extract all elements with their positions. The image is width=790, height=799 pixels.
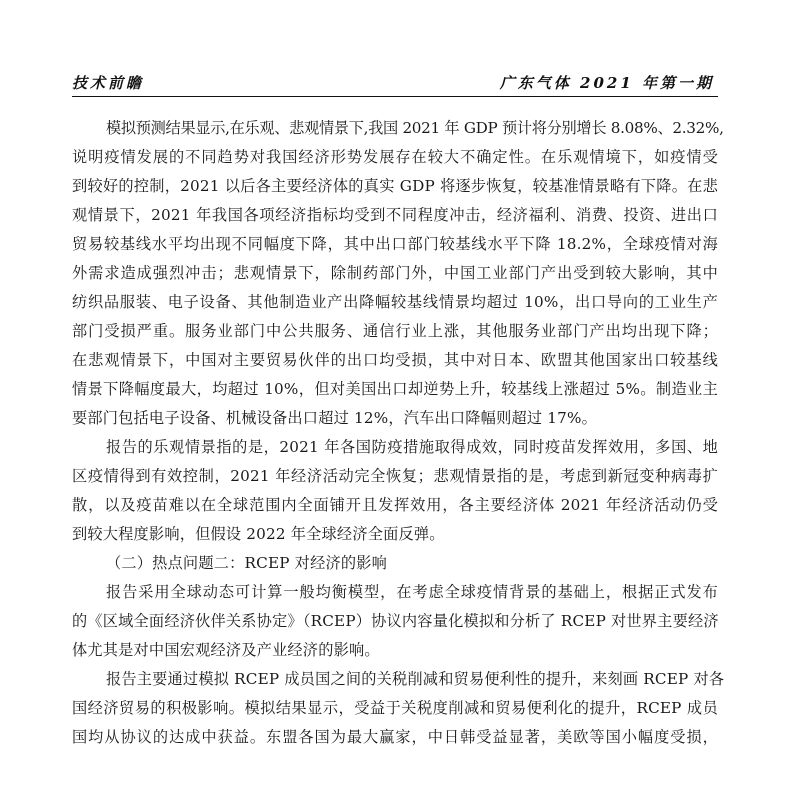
document-page: 技术前瞻 广东气体 2021 年第一期 模拟预测结果显示,在乐观、悲观情景下,我…: [0, 0, 790, 799]
text-line: 要部门包括电子设备、机械设备出口超过 12%，汽车出口降幅则超过 17%。: [72, 404, 718, 433]
paragraph-simulation-results: 模拟预测结果显示,在乐观、悲观情景下,我国 2021 年 GDP 预计将分别增长…: [72, 114, 722, 433]
text-line: 的《区域全面经济伙伴关系协定》（RCEP）协议内容量化模拟和分析了 RCEP 对…: [72, 607, 718, 636]
document-body: 模拟预测结果显示,在乐观、悲观情景下,我国 2021 年 GDP 预计将分别增长…: [72, 114, 722, 752]
paragraph-rcep-model: 报告采用全球动态可计算一般均衡模型，在考虑全球疫情背景的基础上，根据正式发布 的…: [72, 578, 722, 665]
page-header: 技术前瞻 广东气体 2021 年第一期: [72, 70, 718, 97]
text-line: 模拟预测结果显示,在乐观、悲观情景下,我国 2021 年 GDP 预计将分别增长…: [72, 114, 718, 143]
text-line: 在悲观情景下，中国对主要贸易伙伴的出口均受损，其中对日本、欧盟其他国家出口较基线: [72, 346, 718, 375]
paragraph-rcep-impact: 报告主要通过模拟 RCEP 成员国之间的关税削减和贸易便利性的提升，来刻画 RC…: [72, 665, 722, 752]
text-line: 纺织品服装、电子设备、其他制造业产出降幅较基线情景均超过 10%，出口导向的工业…: [72, 288, 718, 317]
text-line: 报告采用全球动态可计算一般均衡模型，在考虑全球疫情背景的基础上，根据正式发布: [72, 578, 718, 607]
text-line: 国经济贸易的积极影响。模拟结果显示，受益于关税度削减和贸易便利化的提升，RCEP…: [72, 694, 718, 723]
paragraph-scenario-definitions: 报告的乐观情景指的是，2021 年各国防疫措施取得成效，同时疫苗发挥效用，多国、…: [72, 433, 722, 549]
text-line: 观情景下，2021 年我国各项经济指标均受到不同程度冲击，经济福利、消费、投资、…: [72, 201, 718, 230]
text-line: 报告的乐观情景指的是，2021 年各国防疫措施取得成效，同时疫苗发挥效用，多国、…: [72, 433, 718, 462]
text-line: 到较好的控制，2021 以后各主要经济体的真实 GDP 将逐步恢复，较基准情景略…: [72, 172, 718, 201]
text-line: 贸易较基线水平均出现不同幅度下降，其中出口部门较基线水平下降 18.2%，全球疫…: [72, 230, 718, 259]
text-line: 情景下降幅度最大，均超过 10%，但对美国出口却逆势上升，较基线上涨超过 5%。…: [72, 375, 718, 404]
text-line: 到较大程度影响，但假设 2022 年全球经济全面反弹。: [72, 520, 718, 549]
header-section-title: 技术前瞻: [72, 72, 144, 93]
text-line: 国均从协议的达成中获益。东盟各国为最大赢家，中日韩受益显著，美欧等国小幅度受损，: [72, 723, 718, 752]
section-heading-rcep: （二）热点问题二：RCEP 对经济的影响: [72, 549, 718, 578]
text-line: 散，以及疫苗难以在全球范围内全面铺开且发挥效用，各主要经济体 2021 年经济活…: [72, 491, 718, 520]
text-line: 部门受损严重。服务业部门中公共服务、通信行业上涨，其他服务业部门产出均出现下降；: [72, 317, 718, 346]
text-line: 说明疫情发展的不同趋势对我国经济形势发展存在较大不确定性。在乐观情境下，如疫情受: [72, 143, 718, 172]
text-line: 体尤其是对中国宏观经济及产业经济的影响。: [72, 636, 718, 665]
text-line: 报告主要通过模拟 RCEP 成员国之间的关税削减和贸易便利性的提升，来刻画 RC…: [72, 665, 718, 694]
text-line: 区疫情得到有效控制，2021 年经济活动完全恢复；悲观情景指的是，考虑到新冠变种…: [72, 462, 718, 491]
text-line: 外需求造成强烈冲击；悲观情景下，除制药部门外，中国工业部门产出受到较大影响，其中: [72, 259, 718, 288]
header-journal-issue: 广东气体 2021 年第一期: [500, 72, 714, 93]
